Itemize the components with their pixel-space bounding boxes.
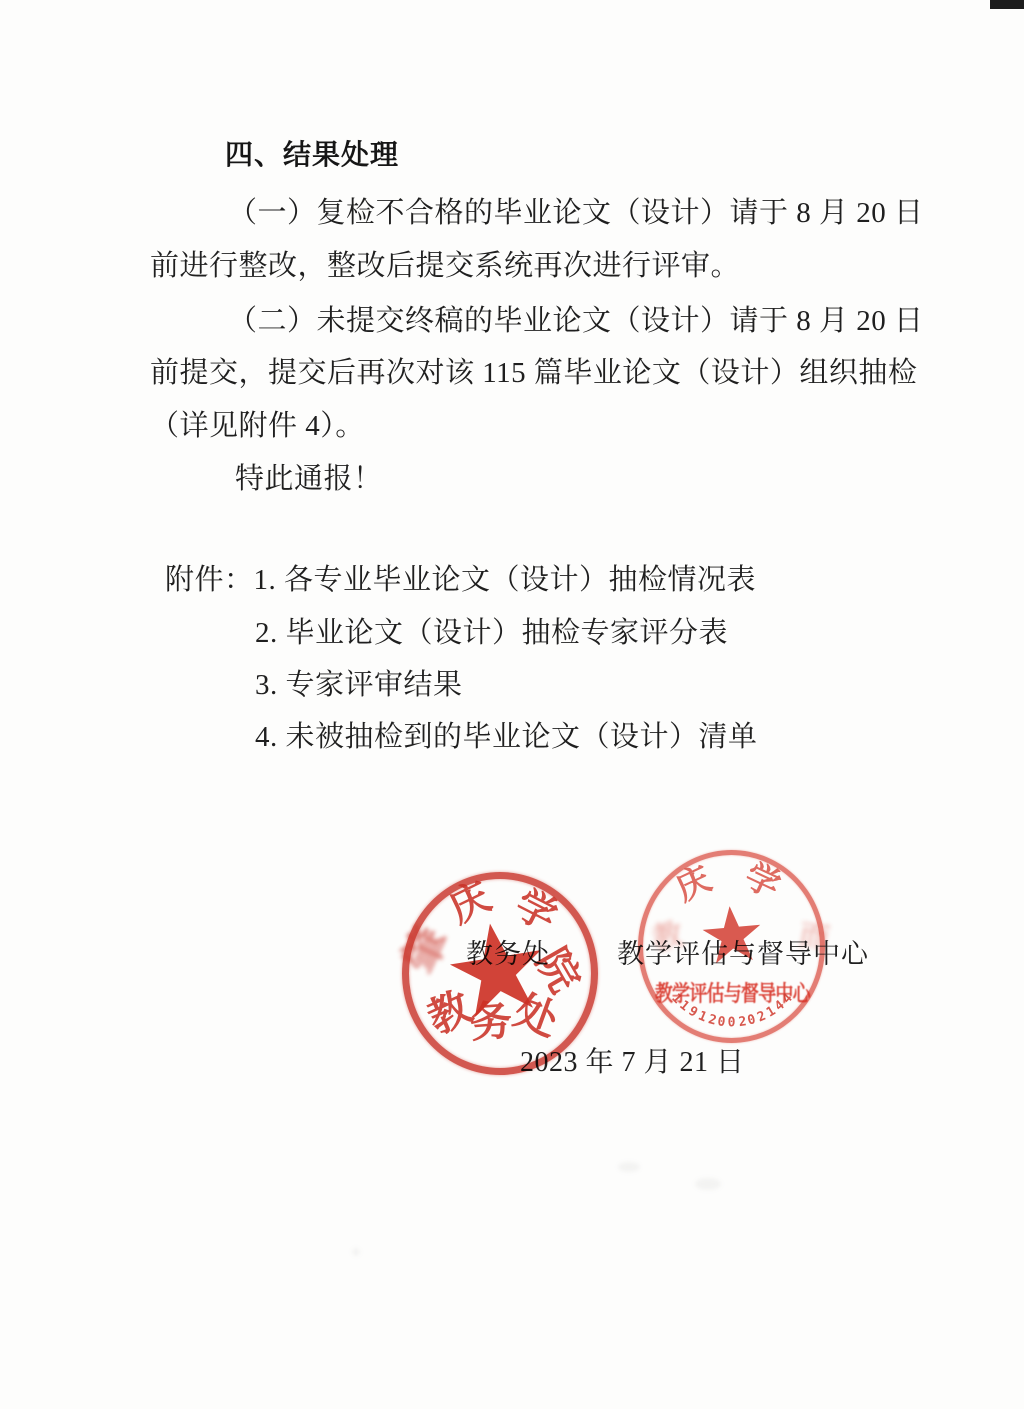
attachment-line: 2. 毕业论文（设计）抽检专家评分表 — [255, 618, 728, 649]
attachment-line: 4. 未被抽检到的毕业论文（设计）清单 — [255, 722, 758, 753]
scan-artifact-corner-bar — [990, 0, 1024, 9]
section-heading: 四、结果处理 — [225, 133, 399, 173]
body-line: （详见附件 4）。 — [150, 411, 365, 442]
scan-speck — [618, 1162, 640, 1172]
body-line: （一）复检不合格的毕业论文（设计）请于 8 月 20 日 — [228, 198, 924, 229]
scanned-notice-page: 四、结果处理 （一）复检不合格的毕业论文（设计）请于 8 月 20 日 前进行整… — [0, 0, 1024, 1409]
scan-speck — [695, 1178, 721, 1190]
seal-code-digit: 0 — [728, 1015, 736, 1030]
attachment-line: 附件：1. 各专业毕业论文（设计）抽检情况表 — [165, 565, 756, 596]
seal-character: 务 — [468, 1000, 515, 1047]
body-line: 前进行整改，整改后提交系统再次进行评审。 — [150, 251, 740, 282]
seal-smudge-character: 而 — [789, 913, 840, 964]
official-seal-jiaowuchu: 肇 庆 学 院 教 务 处 — [402, 872, 598, 1075]
closing-line: 特此通报！ — [235, 464, 383, 495]
attachment-line: 3. 专家评审结果 — [255, 670, 463, 701]
scan-speck — [352, 1248, 360, 1256]
body-line: 前提交，提交后再次对该 115 篇毕业论文（设计）组织抽检 — [150, 358, 917, 389]
official-seal-pinggu-center: 庆 学 教 而 教学评估与督导中心 4 4 1 2 0 2 0 0 2 1 9 … — [638, 850, 825, 1043]
seal-code-digit: 2 — [737, 1014, 747, 1030]
body-line: （二）未提交终稿的毕业论文（设计）请于 8 月 20 日 — [228, 306, 924, 337]
seal-smudge-character: 教 — [642, 912, 694, 964]
